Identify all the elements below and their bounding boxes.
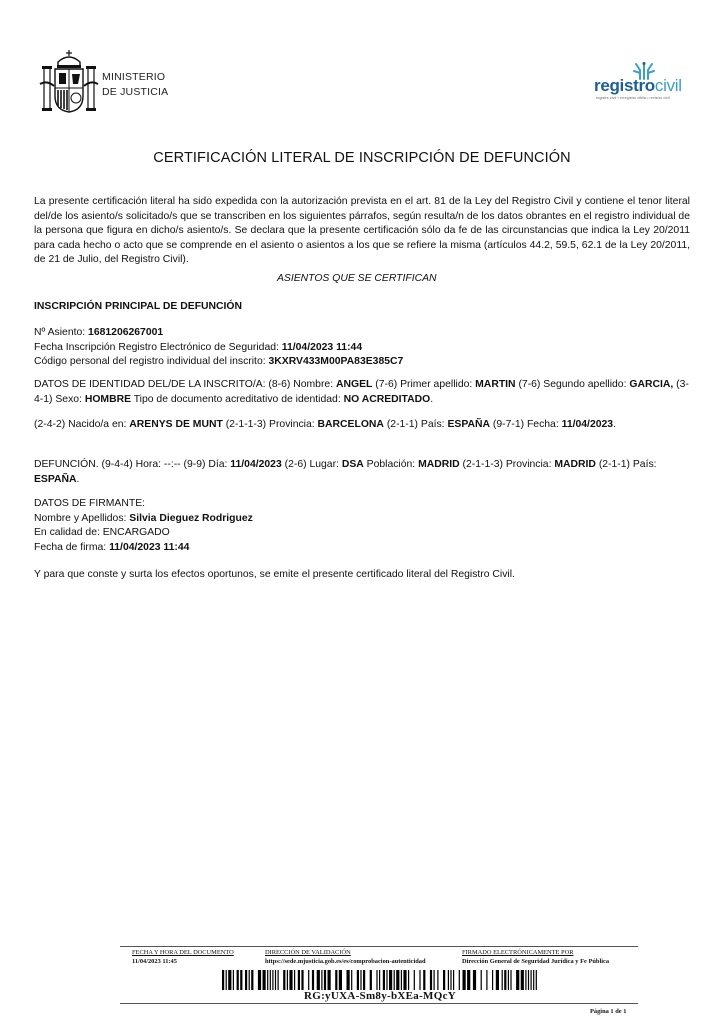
dia-defuncion: 11/04/2023 <box>230 459 281 470</box>
barcode <box>222 970 538 990</box>
registro-block: Nº Asiento: 1681206267001 Fecha Inscripc… <box>34 326 690 370</box>
provincia-defuncion: MADRID <box>554 459 596 470</box>
ministry-logo: MINISTERIO DE JUSTICIA <box>38 48 168 118</box>
fecha-inscripcion: 11/04/2023 11:44 <box>282 342 362 353</box>
nombre-value: ANGEL <box>336 379 372 390</box>
footer-firmado-value: Dirección General de Seguridad Jurídica … <box>462 957 609 966</box>
provincia-nacimiento: BARCELONA <box>318 419 384 430</box>
footer-validacion-label: DIRECCIÓN DE VALIDACIÓN <box>265 948 426 957</box>
footer-fecha: FECHA Y HORA DEL DOCUMENTO 11/04/2023 11… <box>132 948 234 966</box>
ministry-name: MINISTERIO DE JUSTICIA <box>102 70 168 100</box>
firmante-calidad: ENCARGADO <box>103 527 170 538</box>
footer-firmado: FIRMADO ELECTRÓNICAMENTE POR Dirección G… <box>462 948 609 966</box>
footer-fecha-value: 11/04/2023 11:45 <box>132 957 234 966</box>
firmante-block: DATOS DE FIRMANTE: Nombre y Apellidos: S… <box>34 497 690 555</box>
sexo-value: HOMBRE <box>85 394 131 405</box>
barcode-code: RG:yUXA-Sm8y-bXEa-MQcY <box>0 990 724 1002</box>
registro-civil-logo: registrocivil registre civil • erregistr… <box>592 62 700 106</box>
footer-validacion-url[interactable]: https://sede.mjusticia.gob.es/es/comprob… <box>265 957 426 966</box>
codigo-personal-line: Código personal del registro individual … <box>34 355 690 370</box>
poblacion-defuncion: MADRID <box>418 459 460 470</box>
firmante-fecha-line: Fecha de firma: 11/04/2023 11:44 <box>34 541 690 556</box>
fecha-inscripcion-line: Fecha Inscripción Registro Electrónico d… <box>34 341 690 356</box>
footer-validacion: DIRECCIÓN DE VALIDACIÓN https://sede.mju… <box>265 948 426 966</box>
registro-civil-tagline: registre civil • erregistro zibila • rex… <box>596 96 670 100</box>
firmante-nombre: Silvia Dieguez Rodriguez <box>129 513 253 524</box>
asiento-number: 1681206267001 <box>88 327 163 338</box>
document-title: CERTIFICACIÓN LITERAL DE INSCRIPCIÓN DE … <box>0 150 724 166</box>
asiento-line: Nº Asiento: 1681206267001 <box>34 326 690 341</box>
firmante-calidad-line: En calidad de: ENCARGADO <box>34 526 690 541</box>
lugar-defuncion: DSA <box>342 459 364 470</box>
fecha-nacimiento: 11/04/2023 <box>562 419 613 430</box>
ministry-line-1: MINISTERIO <box>102 70 168 85</box>
closing-statement: Y para que conste y surta los efectos op… <box>34 568 690 583</box>
spanish-coat-of-arms-icon <box>38 48 100 114</box>
apellido2-value: GARCIA, <box>629 379 673 390</box>
section-heading: INSCRIPCIÓN PRINCIPAL DE DEFUNCIÓN <box>34 300 690 315</box>
pais-defuncion: ESPAÑA <box>34 474 77 485</box>
footer-firmado-label: FIRMADO ELECTRÓNICAMENTE POR <box>462 948 609 957</box>
firmante-fecha: 11/04/2023 11:44 <box>109 542 189 553</box>
firmante-nombre-line: Nombre y Apellidos: Silvia Dieguez Rodri… <box>34 512 690 527</box>
registro-civil-wordmark: registrocivil <box>594 76 682 96</box>
documento-value: NO ACREDITADO <box>344 394 431 405</box>
nacimiento-block: (2-4-2) Nacido/a en: ARENYS DE MUNT (2-1… <box>34 418 690 433</box>
apellido1-value: MARTIN <box>475 379 515 390</box>
defuncion-block: DEFUNCIÓN. (9-4-4) Hora: --:-- (9-9) Día… <box>34 458 690 487</box>
footer-bottom-rule <box>120 1003 638 1004</box>
footer-top-rule <box>120 946 638 947</box>
ministry-line-2: DE JUSTICIA <box>102 85 168 100</box>
intro-paragraph: La presente certificación literal ha sid… <box>34 195 690 268</box>
footer-fecha-label: FECHA Y HORA DEL DOCUMENTO <box>132 948 234 957</box>
codigo-personal: 3KXRV433M00PA83E385C7 <box>269 356 404 367</box>
lugar-nacimiento: ARENYS DE MUNT <box>129 419 223 430</box>
page-number: Página 1 de 1 <box>590 1008 626 1015</box>
identidad-block: DATOS DE IDENTIDAD DEL/DE LA INSCRITO/A:… <box>34 378 690 407</box>
firmante-heading: DATOS DE FIRMANTE: <box>34 497 690 512</box>
pais-nacimiento: ESPAÑA <box>447 419 490 430</box>
